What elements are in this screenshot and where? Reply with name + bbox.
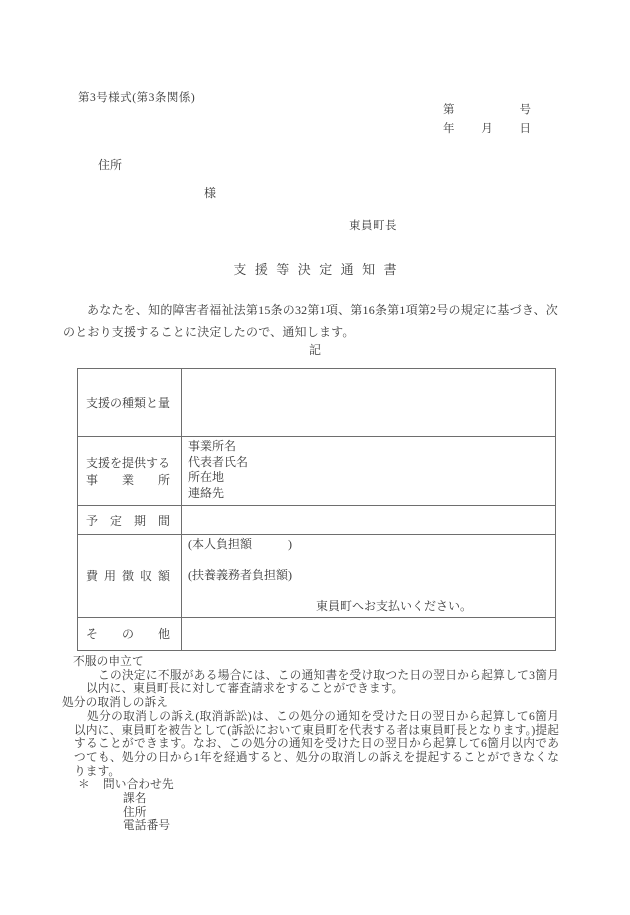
fee-self-amount: (本人負担額 ) xyxy=(188,537,551,553)
fee-blank-line xyxy=(188,553,551,569)
form-style-number: 第3号様式(第3条関係) xyxy=(78,89,195,105)
appeal-block: 不服の申立て この決定に不服がある場合には、この通知書を受け取つた日の翌日から起… xyxy=(73,655,559,696)
fee-dependent-amount: (扶養義務者負担額) xyxy=(188,568,551,584)
table-row-provider: 支援を提供する 事業所 事業所名 代表者氏名 所在地 連絡先 xyxy=(78,437,556,506)
doc-number-prefix: 第 xyxy=(443,101,455,120)
table-row-support-kind: 支援の種類と量 xyxy=(78,369,556,437)
other-label: その他 xyxy=(86,625,170,642)
period-value-cell xyxy=(182,506,556,535)
provider-line-location: 所在地 xyxy=(188,470,551,486)
provider-line-contact: 連絡先 xyxy=(188,486,551,502)
fee-label-cell: 費用徴収額 xyxy=(78,535,182,618)
provider-label-line2: 事業所 xyxy=(86,471,170,488)
contact-line-phone: 電話番号 xyxy=(62,819,559,833)
period-label-cell: 予定期間 xyxy=(78,506,182,535)
table-row-fee: 費用徴収額 (本人負担額 ) (扶養義務者負担額) 東員町へお支払いください。 xyxy=(78,535,556,618)
other-label-cell: その他 xyxy=(78,617,182,650)
sender-mayor: 東員町長 xyxy=(349,217,397,233)
honorific-sama: 様 xyxy=(204,184,216,201)
appeal-heading: 不服の申立て xyxy=(73,655,559,669)
date-line: 年 月 日 xyxy=(443,120,531,139)
revocation-block: 処分の取消しの訴え 処分の取消しの訴え(取消訴訟)は、この処分の通知を受けた日の… xyxy=(62,696,559,778)
revocation-body: 処分の取消しの訴え(取消訴訟)は、この処分の通知を受けた日の翌日から起算して6箇… xyxy=(74,710,559,779)
support-kind-label: 支援の種類と量 xyxy=(86,394,170,411)
fee-payment-note: 東員町へお支払いください。 xyxy=(188,599,472,615)
provider-label-cell: 支援を提供する 事業所 xyxy=(78,437,182,506)
contact-line-address: 住所 xyxy=(62,806,559,820)
intro-paragraph: あなたを、知的障害者福祉法第15条の32第1項、第16条第1項第2号の規定に基づ… xyxy=(63,299,558,343)
doc-number-line: 第 号 xyxy=(443,101,531,120)
contact-heading: 問い合わせ先 xyxy=(103,778,174,791)
date-month-label: 月 xyxy=(481,120,493,139)
doc-number-suffix: 号 xyxy=(520,101,532,120)
notice-table: 支援の種類と量 支援を提供する 事業所 事業所名 代表者氏名 所在地 連絡先 予… xyxy=(77,368,556,651)
revocation-heading: 処分の取消しの訴え xyxy=(62,696,559,710)
contact-line-department: 課名 xyxy=(62,792,559,806)
address-label: 住所 xyxy=(98,156,122,173)
doc-number-block: 第 号 年 月 日 xyxy=(443,101,531,138)
fee-label: 費用徴収額 xyxy=(86,567,170,584)
support-kind-label-cell: 支援の種類と量 xyxy=(78,369,182,437)
support-kind-value-cell xyxy=(182,369,556,437)
fee-value-cell: (本人負担額 ) (扶養義務者負担額) 東員町へお支払いください。 xyxy=(182,535,556,618)
table-row-period: 予定期間 xyxy=(78,506,556,535)
appeal-body: この決定に不服がある場合には、この通知書を受け取つた日の翌日から起算して3箇月以… xyxy=(86,669,559,696)
provider-value-cell: 事業所名 代表者氏名 所在地 連絡先 xyxy=(182,437,556,506)
date-year-label: 年 xyxy=(443,120,455,139)
fee-blank-line xyxy=(188,584,551,600)
date-day-label: 日 xyxy=(520,120,532,139)
provider-label-line1: 支援を提供する xyxy=(86,454,170,471)
ki-marker: 記 xyxy=(0,341,630,358)
provider-line-office-name: 事業所名 xyxy=(188,439,551,455)
period-label: 予定期間 xyxy=(86,512,170,529)
asterisk-marker: ＊ xyxy=(78,778,90,792)
document-page: 第3号様式(第3条関係) 第 号 年 月 日 住所 様 東員町長 支援等決定通知… xyxy=(0,0,630,915)
contact-heading-line: ＊ 問い合わせ先 xyxy=(62,778,559,792)
notes-section: 不服の申立て この決定に不服がある場合には、この通知書を受け取つた日の翌日から起… xyxy=(62,655,559,833)
table-row-other: その他 xyxy=(78,617,556,650)
contact-block: ＊ 問い合わせ先 課名 住所 電話番号 xyxy=(62,778,559,833)
document-title: 支援等決定通知書 xyxy=(0,259,630,278)
other-value-cell xyxy=(182,617,556,650)
provider-line-representative: 代表者氏名 xyxy=(188,455,551,471)
